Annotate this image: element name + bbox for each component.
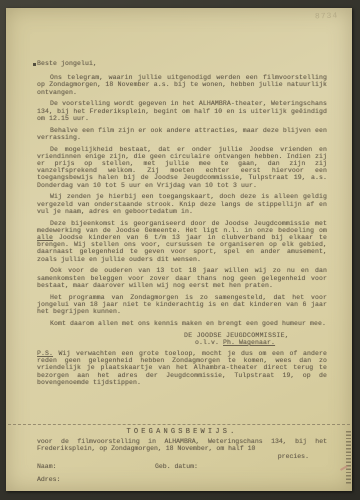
paragraph: De mogelijkheid bestaat, dat er onder ju… (37, 146, 327, 189)
geb-datum-label: Geb. datum: (155, 463, 198, 470)
ps-text: Wij verwachten een grote toeloop, mocht … (37, 350, 327, 386)
paragraph-text: Joodse kinderen van 6 t/m 13 jaar in clu… (37, 234, 327, 263)
paragraph: Het programma van Zondagmorgen is zo sam… (37, 294, 327, 316)
paragraph: Komt daarom allen met ons kennis maken e… (37, 320, 327, 327)
paragraph: Behalve een film zijn er ook andere attr… (37, 127, 327, 141)
margin-stamp (346, 431, 351, 485)
ps-label: P.S. (37, 350, 53, 357)
ticket-precies: precies. (37, 453, 327, 460)
ticket-text: voor de filmvoorstelling in ALHAMBRA, We… (37, 438, 327, 453)
signature-organisation: DE JOODSE JEUGDCOMMISSIE, (184, 332, 327, 339)
underlined-word: alle (37, 234, 53, 241)
signature-prefix: o.l.v. (195, 339, 219, 346)
admission-ticket-stub: TOEGANGSBEWIJS. voor de filmvoorstelling… (37, 429, 327, 483)
postscript: P.S. Wij verwachten een grote toeloop, m… (37, 350, 327, 386)
letter-salutation: Beste jongelui, (37, 60, 327, 67)
paragraph-text: Deze bijeenkomst is georganiseerd door d… (37, 220, 327, 234)
ticket-fields-row: Naam: Geb. datum: (37, 463, 327, 470)
paragraph: Deze bijeenkomst is georganiseerd door d… (37, 220, 327, 263)
paragraph: Ons telegram, waarin jullie uitgenodigd … (37, 74, 327, 96)
signature-name: Ph. Wagenaar. (223, 339, 275, 346)
ink-blot (33, 63, 36, 66)
pencil-archive-number: 8734 (315, 12, 339, 22)
adres-label: Adres: (37, 476, 327, 483)
paper: 8734 Beste jongelui, Ons telegram, waari… (6, 8, 352, 491)
dotted-cut-line (8, 424, 350, 425)
paragraph: Ook voor de ouderen van 13 tot 18 jaar w… (37, 267, 327, 289)
paragraph: De voorstelling wordt gegeven in het ALH… (37, 100, 327, 122)
naam-label: Naam: (37, 463, 155, 470)
letter-body: Beste jongelui, Ons telegram, waarin jul… (37, 60, 327, 386)
signature-block: DE JOODSE JEUGDCOMMISSIE, o.l.v. Ph. Wag… (184, 332, 327, 346)
paragraph: Wij zenden je hierbij een toegangskaart,… (37, 193, 327, 215)
paragraph: P.S. Wij verwachten een grote toeloop, m… (37, 350, 327, 386)
signature-leader: o.l.v. Ph. Wagenaar. (195, 339, 327, 346)
document-photo: 8734 Beste jongelui, Ons telegram, waari… (0, 0, 360, 500)
ticket-heading: TOEGANGSBEWIJS. (37, 429, 327, 436)
